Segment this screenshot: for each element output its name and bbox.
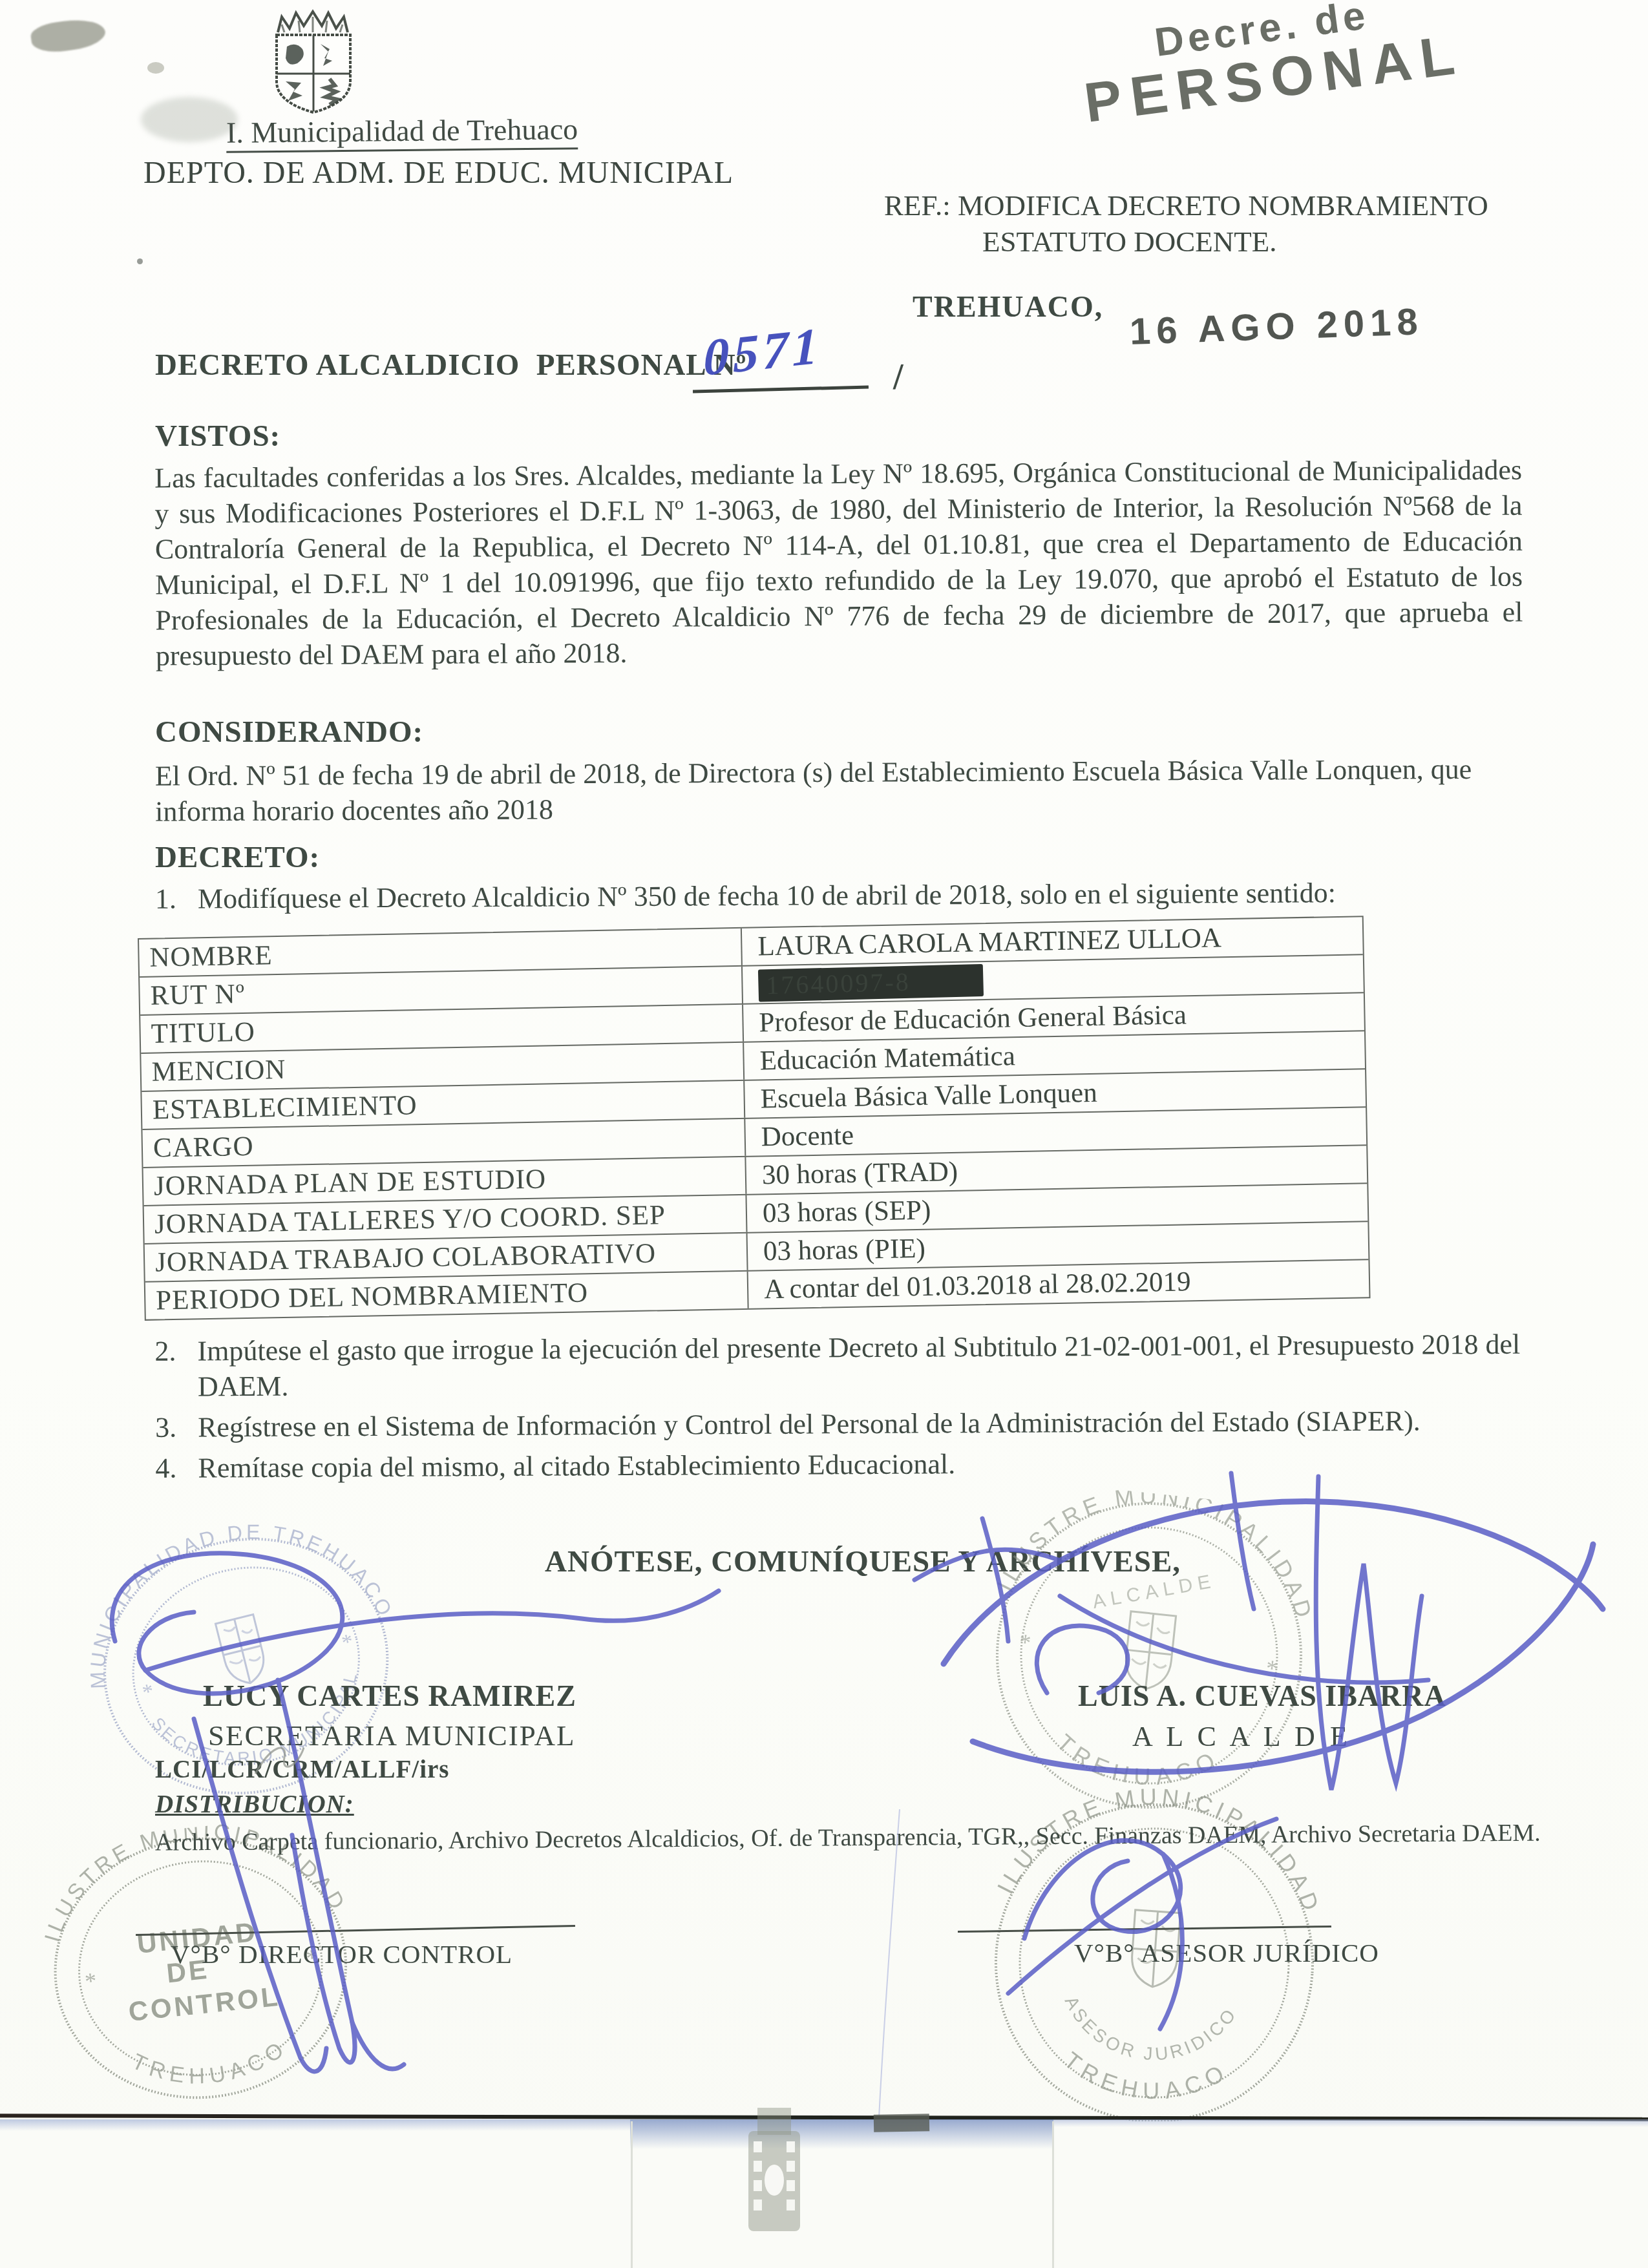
stamp-arc-text: TREHUACO [126,2033,295,2096]
vistos-paragraph: Las facultades conferidas a los Sres. Al… [154,452,1523,674]
decree-title-label: DECRETO ALCALDICIO PERSONAL Nº [155,348,746,383]
stamp-center-line3: CONTROL [127,1980,281,2026]
scan-speck [147,62,164,74]
closing-formula: ANÓTESE, COMUNÍQUESE Y ARCHÍVESE, [545,1544,1181,1579]
date-ink-stamp: 16 AGO 2018 [1129,300,1424,353]
approval-right-label: V°B° ASESOR JURÍDICO [1074,1937,1379,1968]
decreto-item-1: 1. Modifíquese el Decreto Alcaldicio Nº … [155,874,1570,916]
decree-items: 2. Impútese el gasto que irrogue la ejec… [154,1326,1570,1491]
alcalde-title: A L C A L D E [1132,1720,1351,1753]
municipal-crest-icon [253,6,374,118]
secretaria-name: LUCY CARTES RAMIREZ [203,1679,576,1713]
svg-text:TREHUACO: TREHUACO [1057,2046,1236,2110]
item-number: 1. [155,881,198,916]
place-line: TREHUACO, [913,289,1103,324]
item-text: Modifíquese el Decreto Alcaldicio Nº 350… [198,874,1570,916]
item-number: 4. [155,1450,198,1486]
stamp-star: * [1018,1629,1032,1656]
scanner-ghost-mark [874,2114,929,2132]
considerando-heading: CONSIDERANDO: [155,715,423,750]
stamp-star: * [140,1679,156,1705]
svg-text:MUNICIPALIDAD DE TREHUACO: MUNICIPALIDAD DE TREHUACO [56,1487,399,1694]
decree-item-2: 2. Impútese el gasto que irrogue la ejec… [154,1326,1570,1404]
item-text: Regístrese en el Sistema de Información … [198,1402,1570,1445]
scanner-seam [631,2121,633,2268]
distribution-label: DISTRIBUCION: [155,1790,354,1819]
approval-left-label: V°B° DIRECTOR CONTROL [171,1938,512,1969]
edge-shadow [0,2119,630,2131]
approval-signature-line-left [136,1925,575,1936]
department-name: DEPTO. DE ADM. DE EDUC. MUNICIPAL [143,155,734,191]
vistos-heading: VISTOS: [155,419,280,454]
handwritten-decree-number: 0571 [704,317,822,388]
redaction-box: 17640097-8 [758,964,984,1002]
scan-dot [137,258,143,264]
item-text: Impútese el gasto que irrogue la ejecuci… [197,1326,1570,1404]
unidad-control-stamp: ILUSTRE MUNICIPALIDAD TREHUACO UNIDAD DE… [30,1809,396,2147]
item-number: 3. [155,1409,198,1445]
approval-signature-line-right [958,1926,1331,1933]
decree-item-4: 4. Remítase copia del mismo, al citado E… [155,1443,1570,1486]
stamp-inner-arc-text: ASESOR JURIDICO [1057,1991,1242,2070]
appointment-table: NOMBRE LAURA CAROLA MARTINEZ ULLOA RUT N… [138,916,1371,1321]
reference-line1: REF.: MODIFICA DECRETO NOMBRAMIENTO [884,189,1488,222]
document-initials: LCI/LCR/CRM/ALLF/irs [155,1755,450,1784]
svg-text:TREHUACO: TREHUACO [126,2033,295,2096]
edge-shadow [630,2119,1053,2149]
scanner-seam [1052,2121,1054,2268]
stamp-star: * [1265,1655,1279,1682]
decree-slash: / [893,357,903,398]
municipality-name: I. Municipalidad de Trehuaco [226,112,578,153]
item-text: Remítase copia del mismo, al citado Esta… [198,1443,1570,1486]
stamp-star: * [339,1630,355,1655]
considerando-paragraph: El Ord. Nº 51 de fecha 19 de abril de 20… [155,751,1500,830]
scanner-ghost-icon [742,2108,807,2247]
alcalde-stamp: ILUSTRE MUNICIPALIDAD TREHUACO ALCALDE *… [971,1478,1327,1833]
stamp-arc-text: MUNICIPALIDAD DE TREHUACO [56,1487,399,1694]
alcalde-name: LUIS A. CUEVAS IBARRA [1078,1679,1446,1713]
scan-smudge [29,16,107,56]
secretaria-title: SECRETARIA MUNICIPAL [208,1719,576,1752]
item-number: 2. [154,1333,198,1404]
decree-item-3: 3. Regístrese en el Sistema de Informaci… [155,1402,1570,1445]
svg-text:ASESOR JURIDICO: ASESOR JURIDICO [1057,1991,1242,2070]
scan-smear [141,97,238,142]
edge-shadow [1053,2119,1648,2127]
distribution-list: Archivo Carpeta funcionario, Archivo Dec… [155,1818,1564,1856]
stamp-arc-text: TREHUACO [1057,2046,1236,2110]
scanned-decree-page: I. Municipalidad de Trehuaco DEPTO. DE A… [0,0,1648,2268]
reference-line2: ESTATUTO DOCENTE. [982,225,1277,258]
decreto-heading: DECRETO: [155,840,320,875]
received-ink-stamp: Decre. de PERSONAL [1075,0,1467,136]
stamp-star: * [83,1968,98,1995]
